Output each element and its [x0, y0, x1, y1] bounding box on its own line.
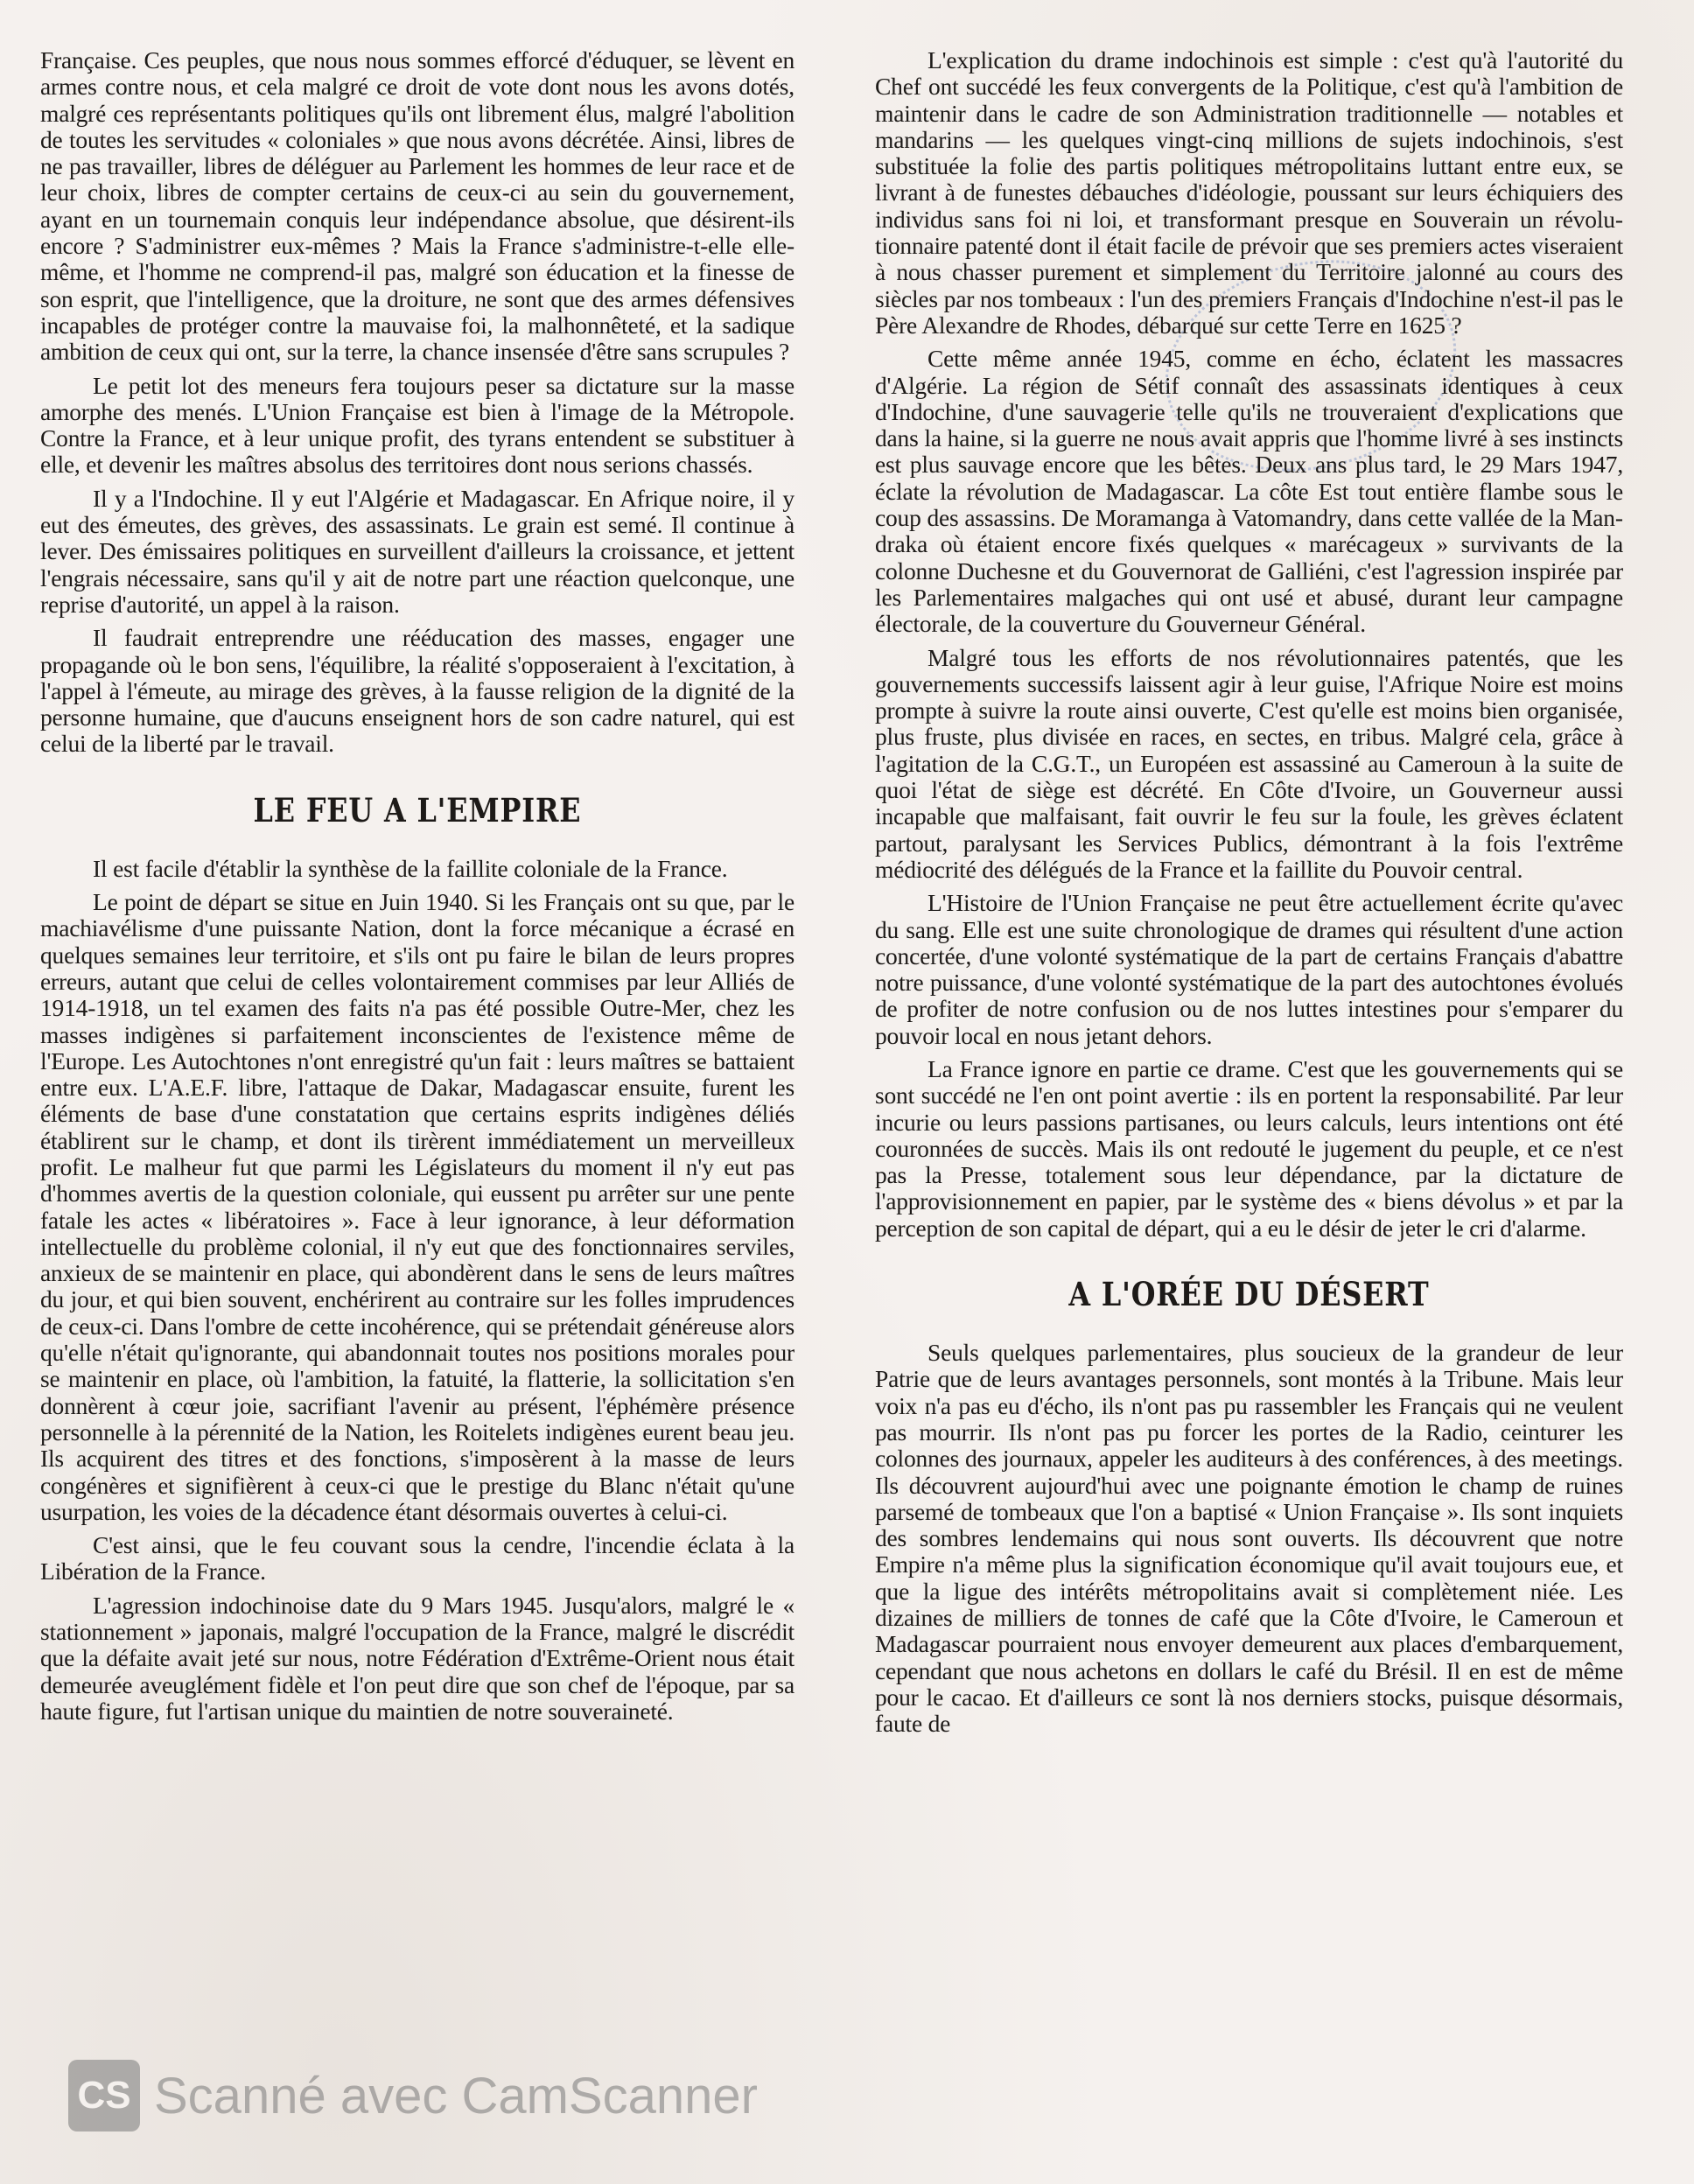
- paragraph: Le point de départ se situe en Juin 1940…: [40, 889, 794, 1525]
- paragraph: Il faudrait entreprendre une rééducation…: [40, 625, 794, 757]
- paragraph: Cette même année 1945, comme en écho, éc…: [875, 346, 1623, 637]
- left-paragraphs-after: Il est facile d'établir la synthèse de l…: [40, 856, 794, 1725]
- paragraph: L'Histoire de l'Union Française ne peut …: [875, 890, 1623, 1049]
- paragraph: Il y a l'Indochine. Il y eut l'Algérie e…: [40, 486, 794, 618]
- paragraph: C'est ainsi, que le feu couvant sous la …: [40, 1532, 794, 1585]
- right-column: L'explication du drame indochinois est s…: [875, 47, 1623, 1745]
- watermark-text: Scanné avec CamScanner: [154, 2067, 758, 2125]
- left-column: Française. Ces peuples, que nous nous so…: [40, 47, 794, 1732]
- paragraph: L'explication du drame indochinois est s…: [875, 47, 1623, 339]
- camscanner-watermark: CS Scanné avec CamScanner: [68, 2052, 758, 2139]
- paragraph: La France ignore en partie ce drame. C'e…: [875, 1056, 1623, 1242]
- paragraph: Seuls quelques parlementaires, plus souc…: [875, 1340, 1623, 1737]
- paragraph: Il est facile d'établir la synthèse de l…: [40, 856, 794, 882]
- paragraph: Le petit lot des meneurs fera toujours p…: [40, 373, 794, 479]
- paragraph: L'agression indochinoise date du 9 Mars …: [40, 1592, 794, 1725]
- section-heading-feu-empire: LE FEU A L'EMPIRE: [93, 791, 741, 829]
- camscanner-logo-icon: CS: [68, 2060, 140, 2131]
- paragraph: Française. Ces peuples, que nous nous so…: [40, 47, 794, 366]
- right-paragraphs-before: L'explication du drame indochinois est s…: [875, 47, 1623, 1242]
- left-paragraphs-before: Française. Ces peuples, que nous nous so…: [40, 47, 794, 758]
- right-paragraphs-after: Seuls quelques parlementaires, plus souc…: [875, 1340, 1623, 1737]
- section-heading-oree-desert: A L'ORÉE DU DÉSERT: [927, 1275, 1571, 1313]
- paragraph: Malgré tous les efforts de nos révolutio…: [875, 645, 1623, 884]
